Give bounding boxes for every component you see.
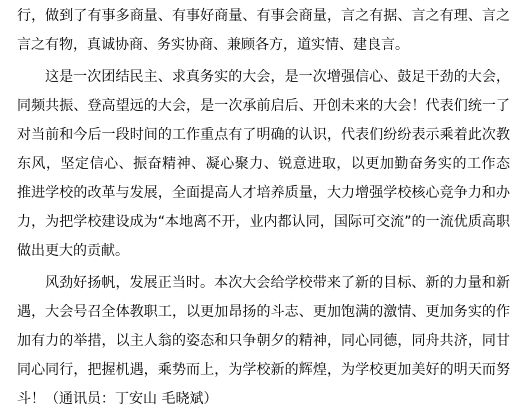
text-line: 风劲好扬帆，发展正当时。本次大会给学校带来了新的目标、新的力量和新的机 (17, 269, 510, 298)
text-line: 做出更大的贡献。 (17, 237, 510, 266)
paragraph-3: 风劲好扬帆，发展正当时。本次大会给学校带来了新的目标、新的力量和新的机 遇，大会… (17, 269, 510, 408)
document-body: { "page": { "background_color": "#ffffff… (0, 0, 525, 408)
text-line: 遇，大会号召全体教职工，以更加昂扬的斗志、更加饱满的激情、更加务实的作风、更 (17, 298, 510, 327)
document-page: 行，做到了有事多商量、有事好商量、有事会商量，言之有据、言之有理、言之有度、 言… (0, 0, 525, 408)
text-line: 加有力的举措，以主人翁的姿态和只争朝夕的精神，同心同德，同舟共济，同甘共苦， (17, 327, 510, 356)
text-line: 东风，坚定信心、振奋精神、凝心聚力、锐意进取，以更加勤奋务实的工作态度，全面 (17, 150, 510, 179)
paragraph-1: 行，做到了有事多商量、有事好商量、有事会商量，言之有据、言之有理、言之有度、 言… (17, 2, 510, 60)
text-line: 斗！（通讯员：丁安山 毛晓斌） (17, 385, 510, 408)
text-line: 推进学校的改革与发展，全面提高人才培养质量，大力增强学校核心竞争力和办学活 (17, 179, 510, 208)
paragraph-2: 这是一次团结民主、求真务实的大会，是一次增强信心、鼓足干劲的大会，是一次 同频共… (17, 63, 510, 266)
text-line: 这是一次团结民主、求真务实的大会，是一次增强信心、鼓足干劲的大会，是一次 (17, 63, 510, 92)
text-line: 对当前和今后一段时间的工作重点有了明确的认识，代表们纷纷表示乘着此次教代会的 (17, 121, 510, 150)
text-line: 同心同行，把握机遇，乘势而上，为学校新的辉煌，为学校更加美好的明天而努力奋 (17, 356, 510, 385)
text-line: 言之有物，真诚协商、务实协商、兼顾各方，道实情、建良言。 (17, 31, 510, 60)
text-line: 行，做到了有事多商量、有事好商量、有事会商量，言之有据、言之有理、言之有度、 (17, 2, 510, 31)
text-line: 同频共振、登高望远的大会，是一次承前启后、开创未来的大会！代表们统一了思想， (17, 92, 510, 121)
text-line: 力，为把学校建设成为“本地离不开，业内都认同，国际可交流”的一流优质高职院校 (17, 208, 510, 237)
